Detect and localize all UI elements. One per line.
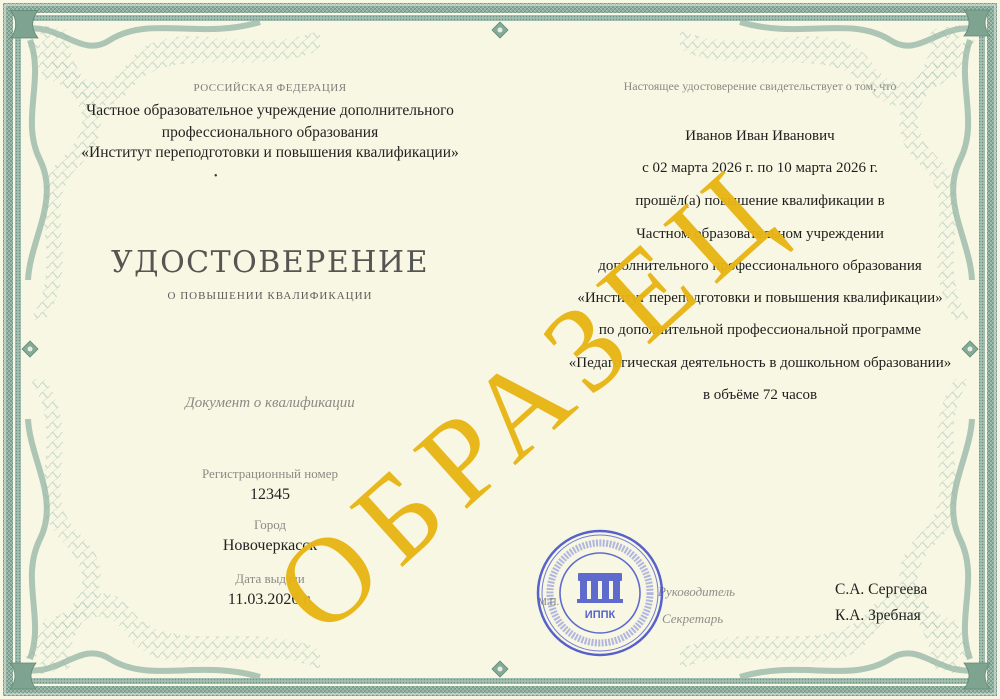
document-title: УДОСТОВЕРЕНИЕ	[0, 245, 540, 280]
holder-full-name: Иванов Иван Иванович	[520, 128, 1000, 145]
certificate-intro: Настоящее удостоверение свидетельствует …	[520, 79, 1000, 94]
training-period: с 02 марта 2026 г. по 10 марта 2026 г.	[520, 160, 1000, 177]
issue-date-value: 11.03.2026 г.	[0, 591, 540, 609]
signature-role-secretary: Секретарь	[662, 611, 723, 627]
signature-role-director: Руководитель	[658, 584, 735, 600]
institution-line-1: Частное образовательное учреждение допол…	[0, 102, 540, 120]
official-seal-stamp: ИППК М.П.	[534, 527, 666, 659]
decorative-dot: •	[214, 171, 218, 182]
signature-name-secretary: К.А. Зребная	[835, 607, 921, 625]
document-subtitle: О ПОВЫШЕНИИ КВАЛИФИКАЦИИ	[0, 290, 540, 302]
signature-name-director: С.А. Сергеева	[835, 581, 927, 599]
institution-line-2: профессионального образования	[0, 124, 540, 142]
country-label: РОССИЙСКАЯ ФЕДЕРАЦИЯ	[0, 82, 540, 94]
stamp-place-mark: М.П.	[538, 597, 559, 608]
institution-line-3: «Институт переподготовки и повышения ква…	[0, 144, 540, 162]
certificate-sheet: РОССИЙСКАЯ ФЕДЕРАЦИЯ Частное образовател…	[0, 0, 1000, 699]
stamp-center-text: ИППК	[585, 609, 616, 621]
